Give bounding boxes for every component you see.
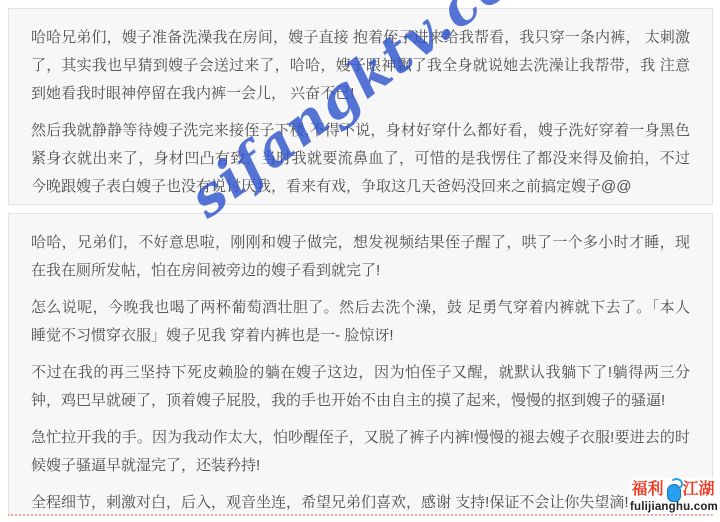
post-block-2: 哈哈，兄弟们，不好意思啦，刚刚和嫂子做完，想发视频结果侄子醒了，哄了一个多小时才… — [8, 213, 713, 516]
logo-brand-row: 福利 江湖 — [630, 479, 716, 501]
post1-paragraph-1: 哈哈兄弟们，嫂子准备洗澡我在房间，嫂子直接 抱着侄子进来给我帮看，我只穿一条内裤… — [31, 24, 690, 108]
post2-paragraph-2: 怎么说呢，今晚我也喝了两杯葡萄酒壮胆了。然后去洗个澡，鼓 足勇气穿着内裤就下去了… — [31, 294, 690, 350]
fulijianghu-logo: 福利 江湖 fulijianghu.com — [630, 478, 716, 514]
logo-domain-text: fulijianghu.com — [630, 501, 716, 514]
post2-paragraph-4: 急忙拉开我的手。因为我动作太大，怕吵醒侄子，又脱了裤子内裤!慢慢的褪去嫂子衣服!… — [31, 424, 690, 480]
screenshot-page: 哈哈兄弟们，嫂子准备洗澡我在房间，嫂子直接 抱着侄子进来给我帮看，我只穿一条内裤… — [0, 0, 720, 522]
mouse-body-icon — [667, 484, 681, 502]
post2-paragraph-5: 全程细节，刺激对白，后入，观音坐连，希望兄弟们喜欢，感谢 支持!保证不会让你失望… — [31, 489, 690, 517]
post2-paragraph-3: 不过在我的再三坚持下死皮赖脸的躺在嫂子这边，因为怕侄子又醒，就默认我躺下了!躺得… — [31, 359, 690, 415]
mouse-icon — [666, 479, 681, 501]
logo-brand-right-text: 江湖 — [683, 480, 715, 500]
post2-paragraph-1: 哈哈，兄弟们，不好意思啦，刚刚和嫂子做完，想发视频结果侄子醒了，哄了一个多小时才… — [31, 229, 690, 285]
logo-brand-left-text: 福利 — [631, 480, 663, 500]
post1-paragraph-2: 然后我就静静等待嫂子洗完来接侄子下楼,不得不说，身材好穿什么都好看，嫂子洗好穿着… — [31, 117, 690, 201]
post-block-1: 哈哈兄弟们，嫂子准备洗澡我在房间，嫂子直接 抱着侄子进来给我帮看，我只穿一条内裤… — [8, 8, 713, 205]
